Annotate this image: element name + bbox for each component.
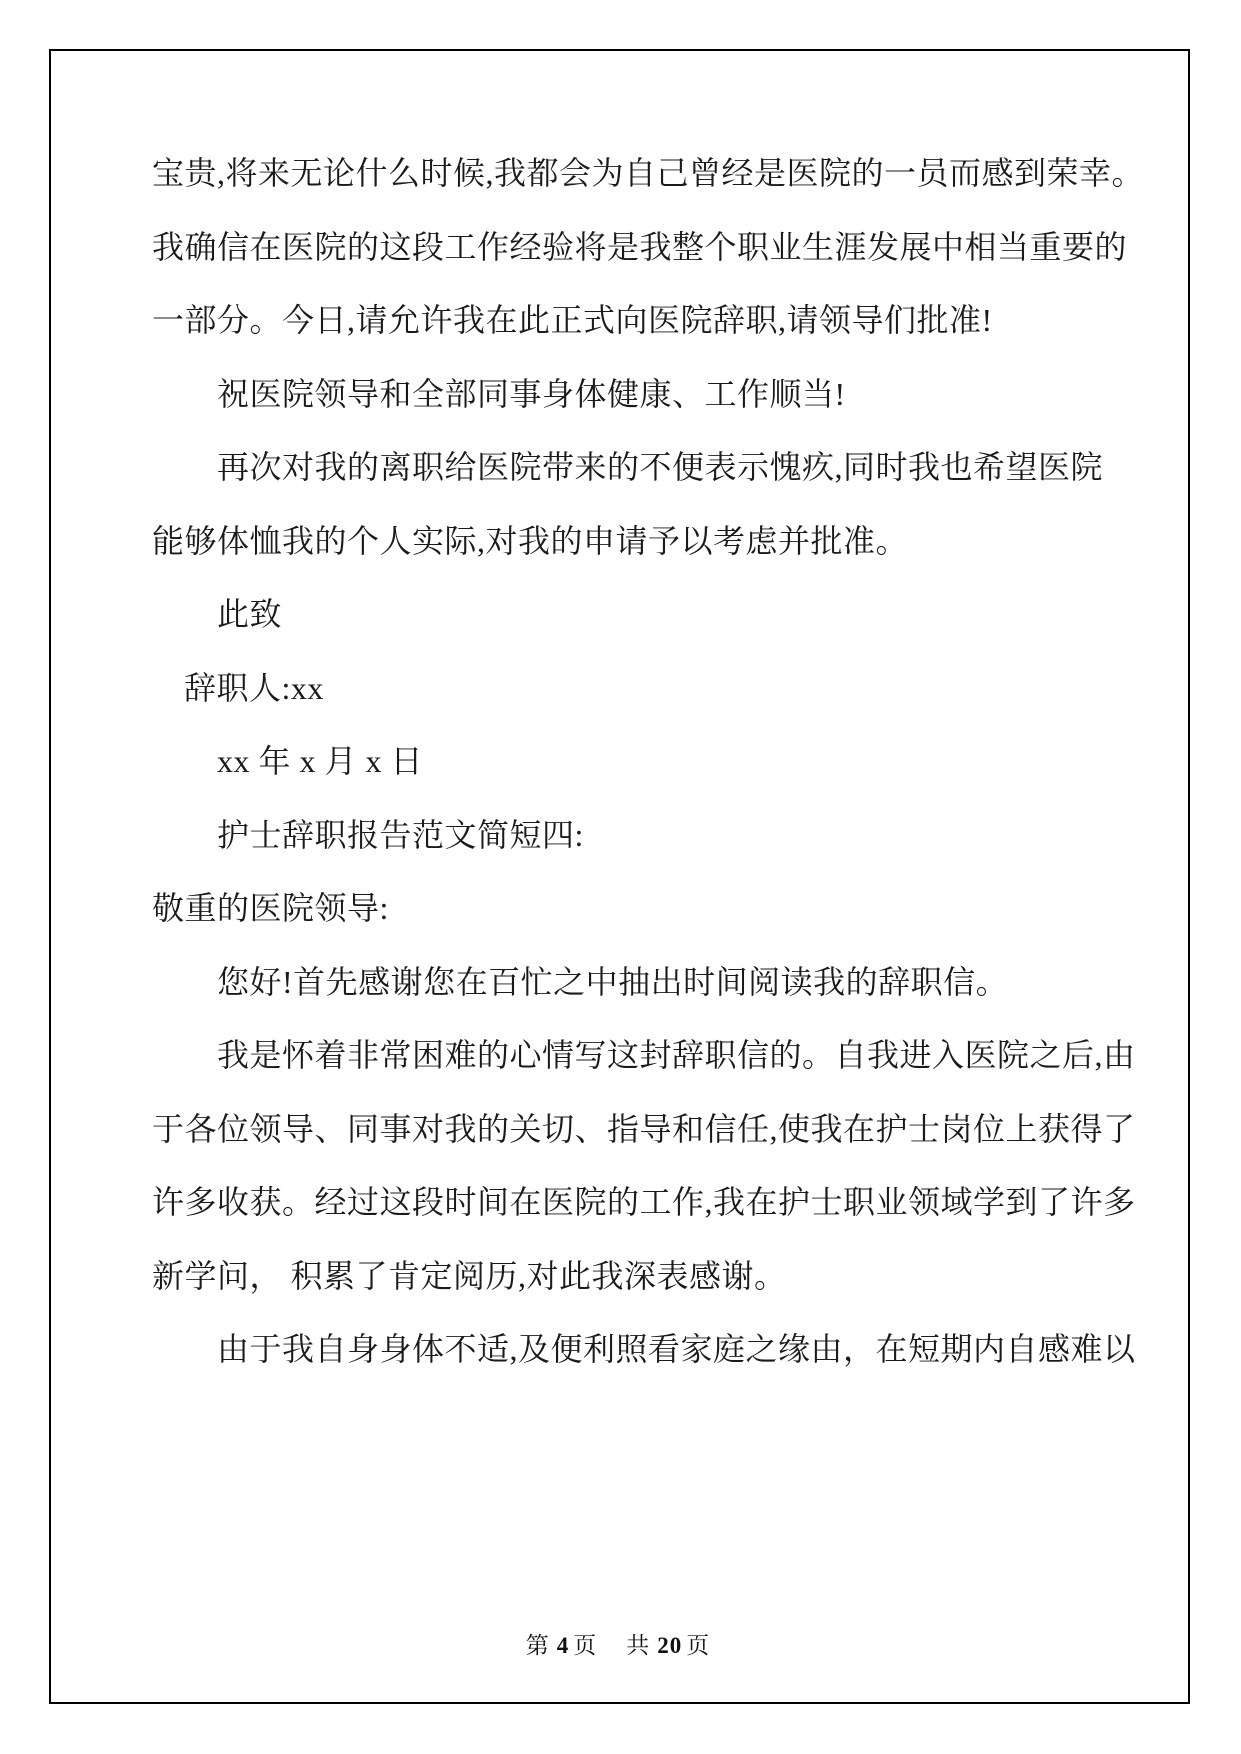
text-line: 由于我自身身体不适,及便利照看家庭之缘由，在短期内自感难以 <box>152 1313 1150 1387</box>
total-label-suffix: 页 <box>686 1633 713 1658</box>
text-line: 护士辞职报告范文简短四: <box>152 799 1150 873</box>
page-border-frame: 宝贵,将来无论什么时候,我都会为自己曾经是医院的一员而感到荣幸。我确信在医院的这… <box>49 49 1190 1704</box>
text-line: 我确信在医院的这段工作经验将是我整个职业生涯发展中相当重要的 <box>152 211 1150 285</box>
text-line: 再次对我的离职给医院带来的不便表示愧疚,同时我也希望医院 <box>152 431 1150 505</box>
text-line: 您好!首先感谢您在百忙之中抽出时间阅读我的辞职信。 <box>152 946 1150 1020</box>
page-indicator: 第4页 <box>526 1633 601 1658</box>
text-line: 敬重的医院领导: <box>152 872 1150 946</box>
text-line: 宝贵,将来无论什么时候,我都会为自己曾经是医院的一员而感到荣幸。 <box>152 137 1150 211</box>
text-line: xx 年 x 月 x 日 <box>152 725 1150 799</box>
document-body: 宝贵,将来无论什么时候,我都会为自己曾经是医院的一员而感到荣幸。我确信在医院的这… <box>152 137 1150 1387</box>
total-pages-indicator: 共20页 <box>626 1633 713 1658</box>
document-page: 宝贵,将来无论什么时候,我都会为自己曾经是医院的一员而感到荣幸。我确信在医院的这… <box>0 0 1241 1754</box>
text-line: 祝医院领导和全部同事身体健康、工作顺当! <box>152 358 1150 432</box>
text-line: 于各位领导、同事对我的关切、指导和信任,使我在护士岗位上获得了 <box>152 1093 1150 1167</box>
page-label-prefix: 第 <box>526 1633 553 1658</box>
text-line: 许多收获。经过这段时间在医院的工作,我在护士职业领域学到了许多 <box>152 1166 1150 1240</box>
text-line: 能够体恤我的个人实际,对我的申请予以考虑并批准。 <box>152 505 1150 579</box>
total-pages-number: 20 <box>657 1633 682 1658</box>
page-footer: 第4页共20页 <box>51 1627 1188 1660</box>
text-line: 我是怀着非常困难的心情写这封辞职信的。自我进入医院之后,由 <box>152 1019 1150 1093</box>
page-label-suffix: 页 <box>573 1633 600 1658</box>
text-line: 此致 <box>152 578 1150 652</box>
current-page-number: 4 <box>557 1633 570 1658</box>
text-line: 辞职人:xx <box>152 652 1150 726</box>
total-label-prefix: 共 <box>626 1633 653 1658</box>
text-line: 一部分。今日,请允许我在此正式向医院辞职,请领导们批准! <box>152 284 1150 358</box>
text-line: 新学问， 积累了肯定阅历,对此我深表感谢。 <box>152 1240 1150 1314</box>
